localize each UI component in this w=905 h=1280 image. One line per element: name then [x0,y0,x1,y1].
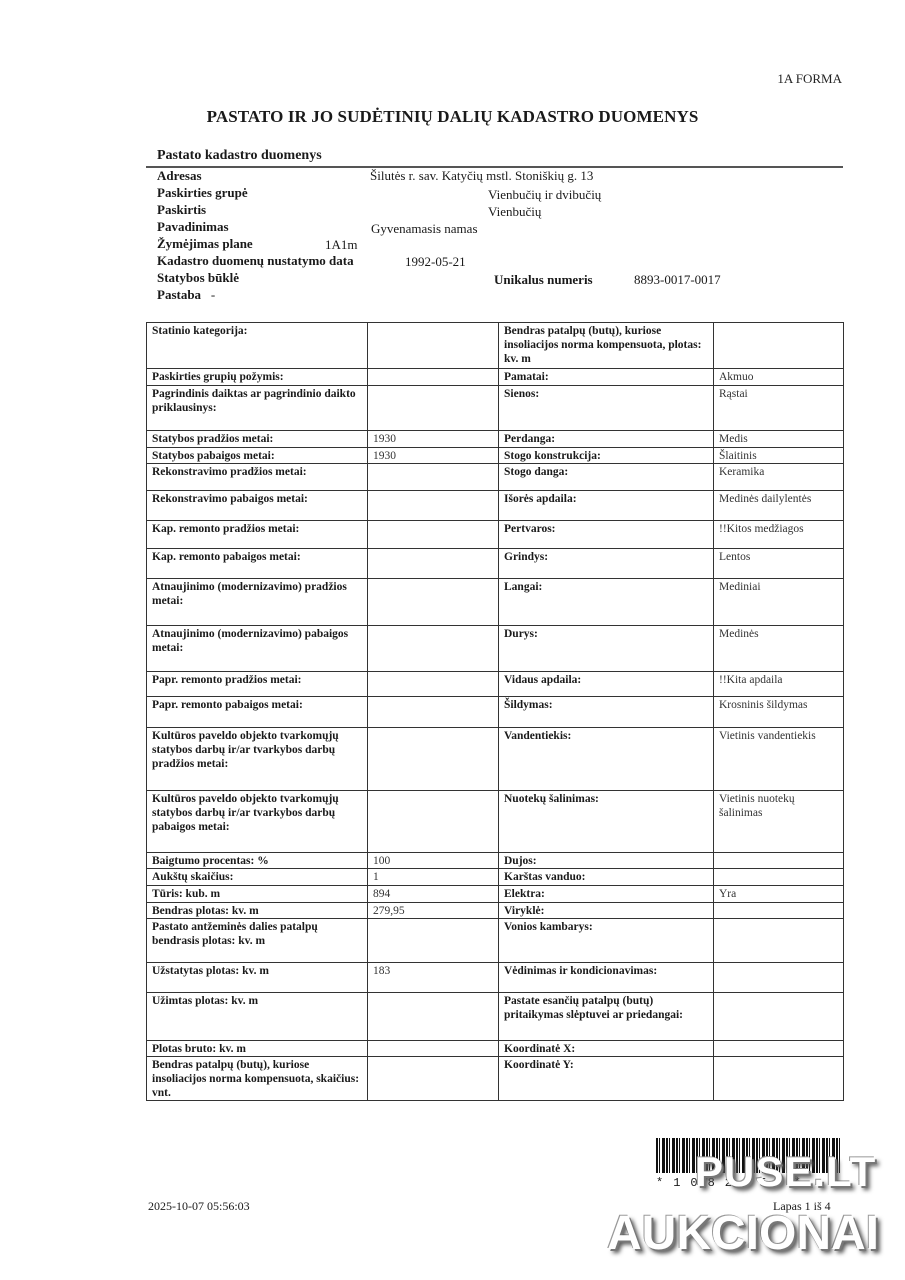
table-row: Rekonstravimo pradžios metai:Stogo danga… [147,464,844,491]
field-value [368,697,499,728]
field-label: Papr. remonto pabaigos metai: [147,697,368,728]
table-row: Kultūros paveldo objekto tvarkomųjų stat… [147,728,844,791]
field-value: Šlaitinis [714,448,844,464]
field-label: Perdanga: [499,431,714,448]
field-label: Dujos: [499,853,714,869]
field-label: Pamatai: [499,369,714,386]
field-label: Atnaujinimo (modernizavimo) pabaigos met… [147,626,368,672]
field-value: Rąstai [714,386,844,431]
field-value [368,791,499,853]
field-label: Langai: [499,579,714,626]
field-value [368,464,499,491]
field-value [714,919,844,963]
field-value [368,579,499,626]
field-label: Viryklė: [499,903,714,919]
field-label: Pagrindinis daiktas ar pagrindinio daikt… [147,386,368,431]
field-value: Medis [714,431,844,448]
field-value: 1930 [368,448,499,464]
field-value: Vietinis nuotekų šalinimas [714,791,844,853]
field-value [368,626,499,672]
table-row: Pagrindinis daiktas ar pagrindinio daikt… [147,386,844,431]
field-value [368,549,499,579]
field-label: Bendras patalpų (butų), kuriose insoliac… [499,323,714,369]
table-row: Aukštų skaičius:1Karštas vanduo: [147,869,844,886]
field-value [714,993,844,1041]
field-label: Bendras plotas: kv. m [147,903,368,919]
table-row: Bendras plotas: kv. m279,95Viryklė: [147,903,844,919]
field-label: Elektra: [499,886,714,903]
table-row: Užimtas plotas: kv. mPastate esančių pat… [147,993,844,1041]
field-value [368,369,499,386]
building-data-table: Statinio kategorija:Bendras patalpų (but… [146,322,844,1101]
table-row: Papr. remonto pabaigos metai:Šildymas:Kr… [147,697,844,728]
field-label: Paskirties grupių požymis: [147,369,368,386]
field-value: Medinės [714,626,844,672]
field-label: Koordinatė X: [499,1041,714,1057]
field-label: Sienos: [499,386,714,431]
field-label: Rekonstravimo pabaigos metai: [147,491,368,521]
field-value [368,672,499,697]
field-label: Vėdinimas ir kondicionavimas: [499,963,714,993]
field-value [714,963,844,993]
unique-number-value: 8893-0017-0017 [634,272,721,288]
field-label: Koordinatė Y: [499,1057,714,1101]
field-value: Krosninis šildymas [714,697,844,728]
field-value [368,1041,499,1057]
table-row: Statybos pabaigos metai:1930Stogo konstr… [147,448,844,464]
field-value [368,919,499,963]
field-value: 183 [368,963,499,993]
field-value: 894 [368,886,499,903]
field-value [714,869,844,886]
table-row: Užstatytas plotas: kv. m183Vėdinimas ir … [147,963,844,993]
table-row: Kap. remonto pabaigos metai:Grindys:Lent… [147,549,844,579]
field-value: 279,95 [368,903,499,919]
field-label: Papr. remonto pradžios metai: [147,672,368,697]
table-row: Bendras patalpų (butų), kuriose insoliac… [147,1057,844,1101]
table-row: Pastato antžeminės dalies patalpų bendra… [147,919,844,963]
field-label: Kap. remonto pabaigos metai: [147,549,368,579]
field-label: Karštas vanduo: [499,869,714,886]
field-label: Kap. remonto pradžios metai: [147,521,368,549]
field-label: Durys: [499,626,714,672]
field-value: Medinės dailylentės [714,491,844,521]
field-label: Vandentiekis: [499,728,714,791]
plan-mark-value: 1A1m [325,237,358,253]
field-label: Statybos pabaigos metai: [147,448,368,464]
field-label: Išorės apdaila: [499,491,714,521]
table-row: Statinio kategorija:Bendras patalpų (but… [147,323,844,369]
field-value [368,993,499,1041]
address-label: Adresas [157,168,202,184]
table-row: Papr. remonto pradžios metai:Vidaus apda… [147,672,844,697]
field-value [368,521,499,549]
watermark-line1: PUSE.LT [695,1148,876,1196]
field-value [368,728,499,791]
field-label: Kultūros paveldo objekto tvarkomųjų stat… [147,791,368,853]
field-label: Pastate esančių patalpų (butų) pritaikym… [499,993,714,1041]
field-value [714,903,844,919]
purpose-group-label: Paskirties grupė [157,185,248,201]
note-value: - [211,287,215,302]
field-label: Stogo konstrukcija: [499,448,714,464]
field-label: Rekonstravimo pradžios metai: [147,464,368,491]
name-label: Pavadinimas [157,219,229,235]
table-row: Atnaujinimo (modernizavimo) pabaigos met… [147,626,844,672]
field-value [368,323,499,369]
note-row: Pastaba - [157,287,215,303]
field-value [714,1057,844,1101]
unique-number-label: Unikalus numeris [494,272,593,288]
purpose-group-value: Vienbučių ir dvibučių [488,187,601,203]
form-code: 1A FORMA [777,71,842,87]
field-value: 100 [368,853,499,869]
construction-state-label: Statybos būklė [157,270,239,286]
field-label: Vidaus apdaila: [499,672,714,697]
field-label: Atnaujinimo (modernizavimo) pradžios met… [147,579,368,626]
field-label: Aukštų skaičius: [147,869,368,886]
address-value: Šilutės r. sav. Katyčių mstl. Stoniškių … [370,168,593,184]
plan-mark-label: Žymėjimas plane [157,236,253,252]
table-row: Tūris: kub. m894Elektra:Yra [147,886,844,903]
field-value: 1930 [368,431,499,448]
field-value [368,1057,499,1101]
table-row: Rekonstravimo pabaigos metai:Išorės apda… [147,491,844,521]
field-value: Akmuo [714,369,844,386]
table-row: Plotas bruto: kv. mKoordinatė X: [147,1041,844,1057]
table-row: Paskirties grupių požymis:Pamatai:Akmuo [147,369,844,386]
field-value: Keramika [714,464,844,491]
field-label: Nuotekų šalinimas: [499,791,714,853]
field-label: Stogo danga: [499,464,714,491]
print-timestamp: 2025-10-07 05:56:03 [148,1199,250,1214]
field-value: Mediniai [714,579,844,626]
field-value [714,1041,844,1057]
purpose-value: Vienbučių [488,204,541,220]
field-value: Vietinis vandentiekis [714,728,844,791]
field-label: Statybos pradžios metai: [147,431,368,448]
field-label: Tūris: kub. m [147,886,368,903]
field-label: Užimtas plotas: kv. m [147,993,368,1041]
table-row: Statybos pradžios metai:1930Perdanga:Med… [147,431,844,448]
table-row: Baigtumo procentas: %100Dujos: [147,853,844,869]
field-label: Plotas bruto: kv. m [147,1041,368,1057]
field-value: Yra [714,886,844,903]
field-value: 1 [368,869,499,886]
table-row: Atnaujinimo (modernizavimo) pradžios met… [147,579,844,626]
field-value: Lentos [714,549,844,579]
field-label: Pastato antžeminės dalies patalpų bendra… [147,919,368,963]
field-value [714,323,844,369]
field-label: Pertvaros: [499,521,714,549]
cadastre-date-label: Kadastro duomenų nustatymo data [157,253,354,269]
document-title: PASTATO IR JO SUDĖTINIŲ DALIŲ KADASTRO D… [0,107,905,127]
section-heading: Pastato kadastro duomenys [157,148,322,164]
purpose-label: Paskirtis [157,202,206,218]
table-row: Kap. remonto pradžios metai:Pertvaros:!!… [147,521,844,549]
cadastre-date-value: 1992-05-21 [405,254,466,270]
field-value: !!Kitos medžiagos [714,521,844,549]
field-label: Vonios kambarys: [499,919,714,963]
watermark-line2: AUKCIONAI [607,1206,879,1261]
field-label: Užstatytas plotas: kv. m [147,963,368,993]
field-value [368,386,499,431]
table-row: Kultūros paveldo objekto tvarkomųjų stat… [147,791,844,853]
field-label: Bendras patalpų (butų), kuriose insoliac… [147,1057,368,1101]
field-label: Baigtumo procentas: % [147,853,368,869]
field-value [714,853,844,869]
field-value: !!Kita apdaila [714,672,844,697]
field-label: Kultūros paveldo objekto tvarkomųjų stat… [147,728,368,791]
field-label: Grindys: [499,549,714,579]
field-label: Statinio kategorija: [147,323,368,369]
field-value [368,491,499,521]
name-value: Gyvenamasis namas [371,221,478,237]
field-label: Šildymas: [499,697,714,728]
